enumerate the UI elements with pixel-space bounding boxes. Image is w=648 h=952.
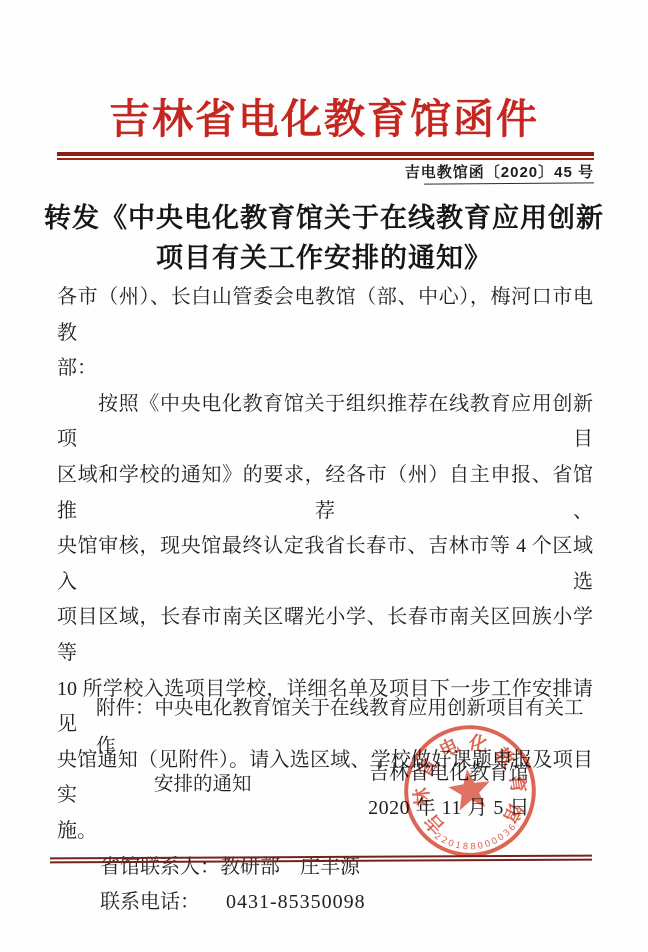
attachment-label: 附件： [96, 698, 155, 719]
seal-char: 电 [436, 734, 463, 762]
doc-number-underline [424, 182, 594, 184]
contact-phone-label: 联系电话： [100, 891, 200, 913]
document-title: 转发《中央电化教育馆关于在线教育应用创新 项目有关工作安排的通知》 [0, 198, 648, 278]
body-line: 区域和学校的通知》的要求，经各市（州）自主申报、省馆推荐、 [57, 458, 593, 529]
body-line: 按照《中央电化教育馆关于组织推荐在线教育应用创新项目 [57, 387, 593, 458]
letterhead-title: 吉林省电化教育馆函件 [0, 86, 648, 145]
header-rule [57, 152, 594, 160]
seal-char: 省 [414, 755, 442, 782]
body-line: 部： [57, 351, 593, 387]
seal-star-icon [446, 766, 493, 811]
doc-number: 吉电教馆函〔2020〕45 号 [0, 161, 594, 182]
document-page: 吉林省电化教育馆函件 吉电教馆函〔2020〕45 号 转发《中央电化教育馆关于在… [0, 0, 648, 952]
seal-char: 育 [505, 773, 530, 795]
official-seal: 吉 林 省 电 化 教 育 馆 220188000036 [383, 704, 557, 878]
seal-char: 化 [466, 732, 489, 756]
body-line: 项目区域，长春市南关区曙光小学、长春市南关区回族小学等 [57, 600, 593, 671]
body-line: 央馆审核，现央馆最终认定我省长春市、吉林市等 4 个区域入选 [57, 529, 593, 600]
document-title-line-2: 项目有关工作安排的通知》 [0, 238, 648, 278]
document-title-line-1: 转发《中央电化教育馆关于在线教育应用创新 [0, 198, 648, 238]
body-line: 各市（州）、长白山管委会电教馆（部、中心），梅河口市电教 [57, 280, 593, 351]
seal-char: 林 [410, 786, 434, 808]
phone-number: 0431-85350098 [226, 891, 366, 913]
contact-phone-line: 联系电话：0431-85350098 [57, 885, 593, 921]
